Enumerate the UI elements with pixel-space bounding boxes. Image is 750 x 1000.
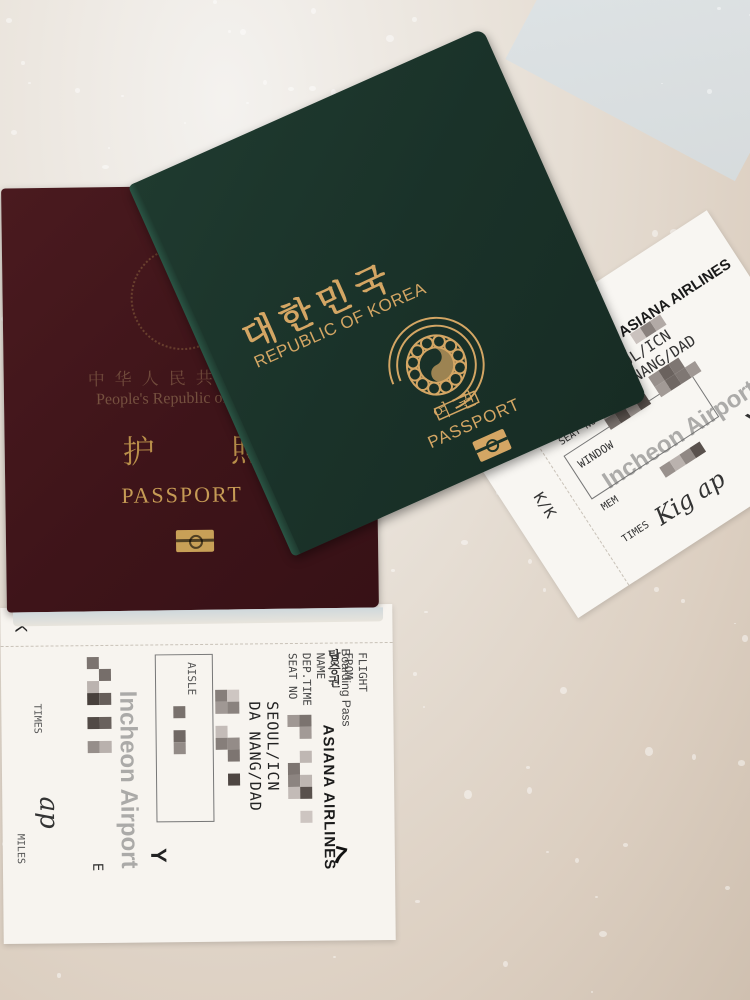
passport-word-english: PASSPORT — [121, 481, 243, 509]
member-label: MEM — [599, 494, 620, 513]
handwritten-note: ap — [33, 796, 63, 828]
handwritten-note: Kig ap — [649, 465, 730, 531]
travel-class: Y — [145, 848, 171, 863]
passport-word-chinese-1: 护 — [122, 426, 155, 472]
photo-scene: /K Boarding Pass 탑승권 ASIANA AIRLINES 7 F… — [0, 0, 750, 1000]
label-dep-time: DEP.TIME — [299, 653, 314, 706]
airport-watermark: Incheon Airport — [113, 691, 143, 869]
biometric-chip-icon — [472, 428, 512, 462]
label-flight: FLIGHT — [355, 652, 370, 705]
stub-code: K/K — [530, 489, 560, 522]
times-label: TIMES — [620, 520, 651, 546]
label-name: NAME — [313, 653, 328, 706]
tear-line — [1, 642, 393, 647]
airline-name: ASIANA AIRLINES — [615, 256, 734, 341]
origin-value: SEOUL/ICN — [263, 701, 282, 791]
label-seat-no: SEAT NO — [285, 653, 300, 706]
field-labels: FLIGHT FROM TO NAME DEP.TIME SEAT NO — [285, 652, 370, 706]
boarding-pass-left: /K Boarding Pass 탑승권 ASIANA AIRLINES 7 F… — [0, 604, 395, 944]
biometric-chip-icon — [176, 530, 214, 553]
label-to: TO — [327, 652, 342, 705]
travel-class: Y — [743, 406, 750, 434]
label-from: FROM — [341, 652, 356, 705]
times-label: TIMES — [31, 704, 42, 734]
miles-label: MILES — [15, 834, 26, 864]
destination-value: DA NANG/DAD — [245, 701, 264, 812]
seat-type: AISLE — [185, 662, 198, 695]
background-wall — [505, 0, 750, 181]
zone: E — [89, 863, 105, 872]
